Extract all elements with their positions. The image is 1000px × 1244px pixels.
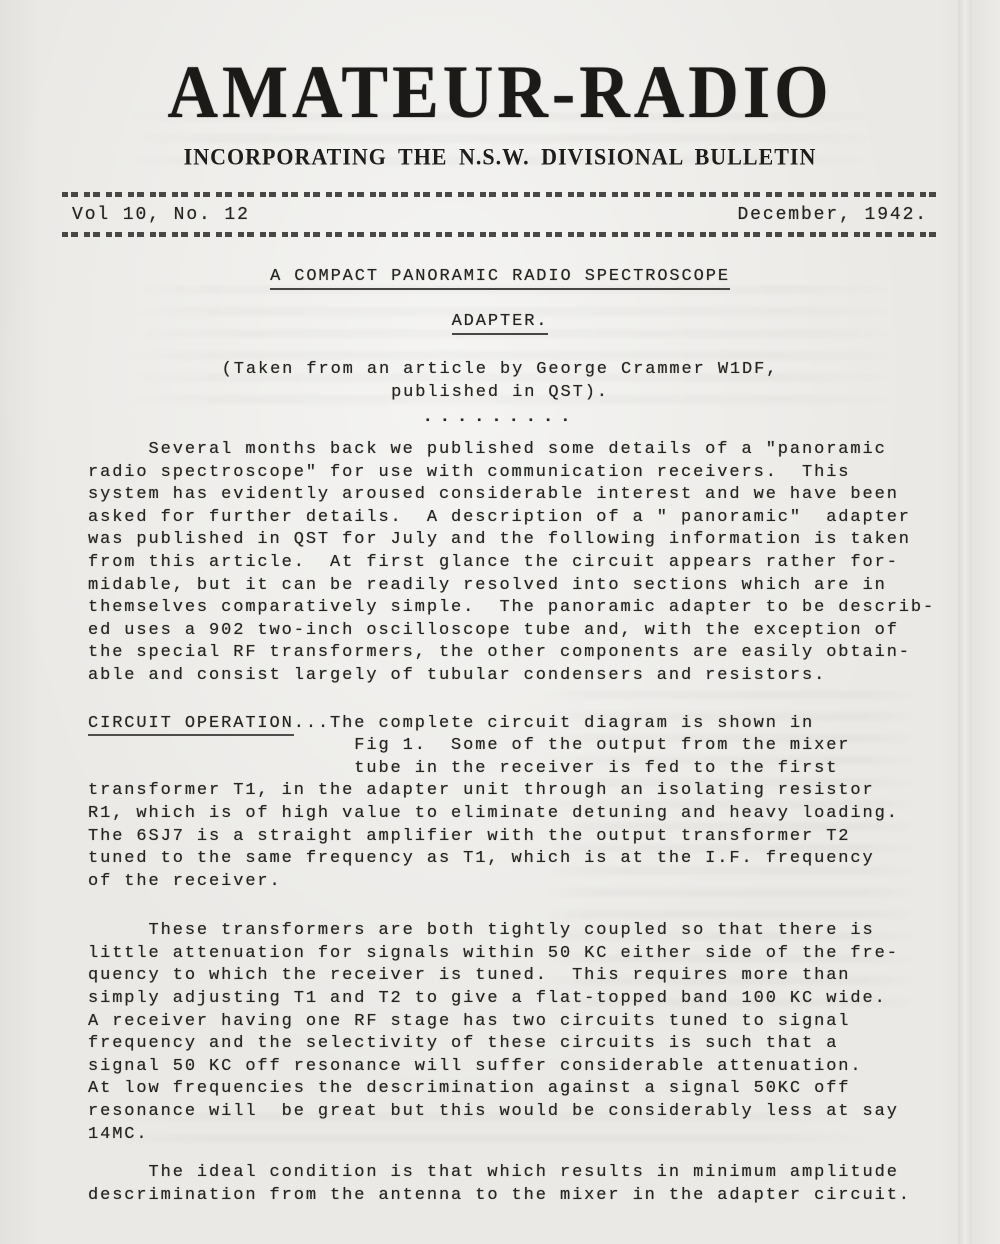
article-title-row: A COMPACT PANORAMIC RADIO SPECTROSCOPE [0,267,1000,290]
section-heading-circuit-operation: CIRCUIT OPERATION [88,714,294,736]
masthead: AMATEUR-RADIO INCORPORATING THE N.S.W. D… [0,0,1000,170]
dotted-divider: ......... [0,408,1000,427]
volume-number: Vol 10, No. 12 [72,205,250,225]
publication-subtitle: INCORPORATING THE N.S.W. DIVISIONAL BULL… [0,143,1000,170]
article-title: A COMPACT PANORAMIC RADIO SPECTROSCOPE [270,267,730,290]
issue-date: December, 1942. [737,205,928,225]
scanned-bulletin-page: AMATEUR-RADIO INCORPORATING THE N.S.W. D… [0,0,1000,1244]
issue-info-row: Vol 10, No. 12 December, 1942. [72,205,928,225]
paragraph-coupling: These transformers are both tightly coup… [88,920,960,1146]
article-subtitle: ADAPTER. [452,312,549,335]
paragraph-circuit-operation: CIRCUIT OPERATION...The complete circuit… [88,713,960,894]
section-body-text: ...The complete circuit diagram is shown… [88,714,899,891]
paragraph-ideal-condition: The ideal condition is that which result… [88,1162,960,1207]
article-subtitle-row: ADAPTER. [0,312,1000,335]
paragraph-intro: Several months back we published some de… [88,439,960,688]
publication-title: AMATEUR-RADIO [0,55,1000,131]
article-byline: (Taken from an article by George Crammer… [0,359,1000,404]
scan-fold-artifact [958,0,972,1244]
dashed-rule-top [62,192,938,197]
dashed-rule-bottom [62,232,938,237]
